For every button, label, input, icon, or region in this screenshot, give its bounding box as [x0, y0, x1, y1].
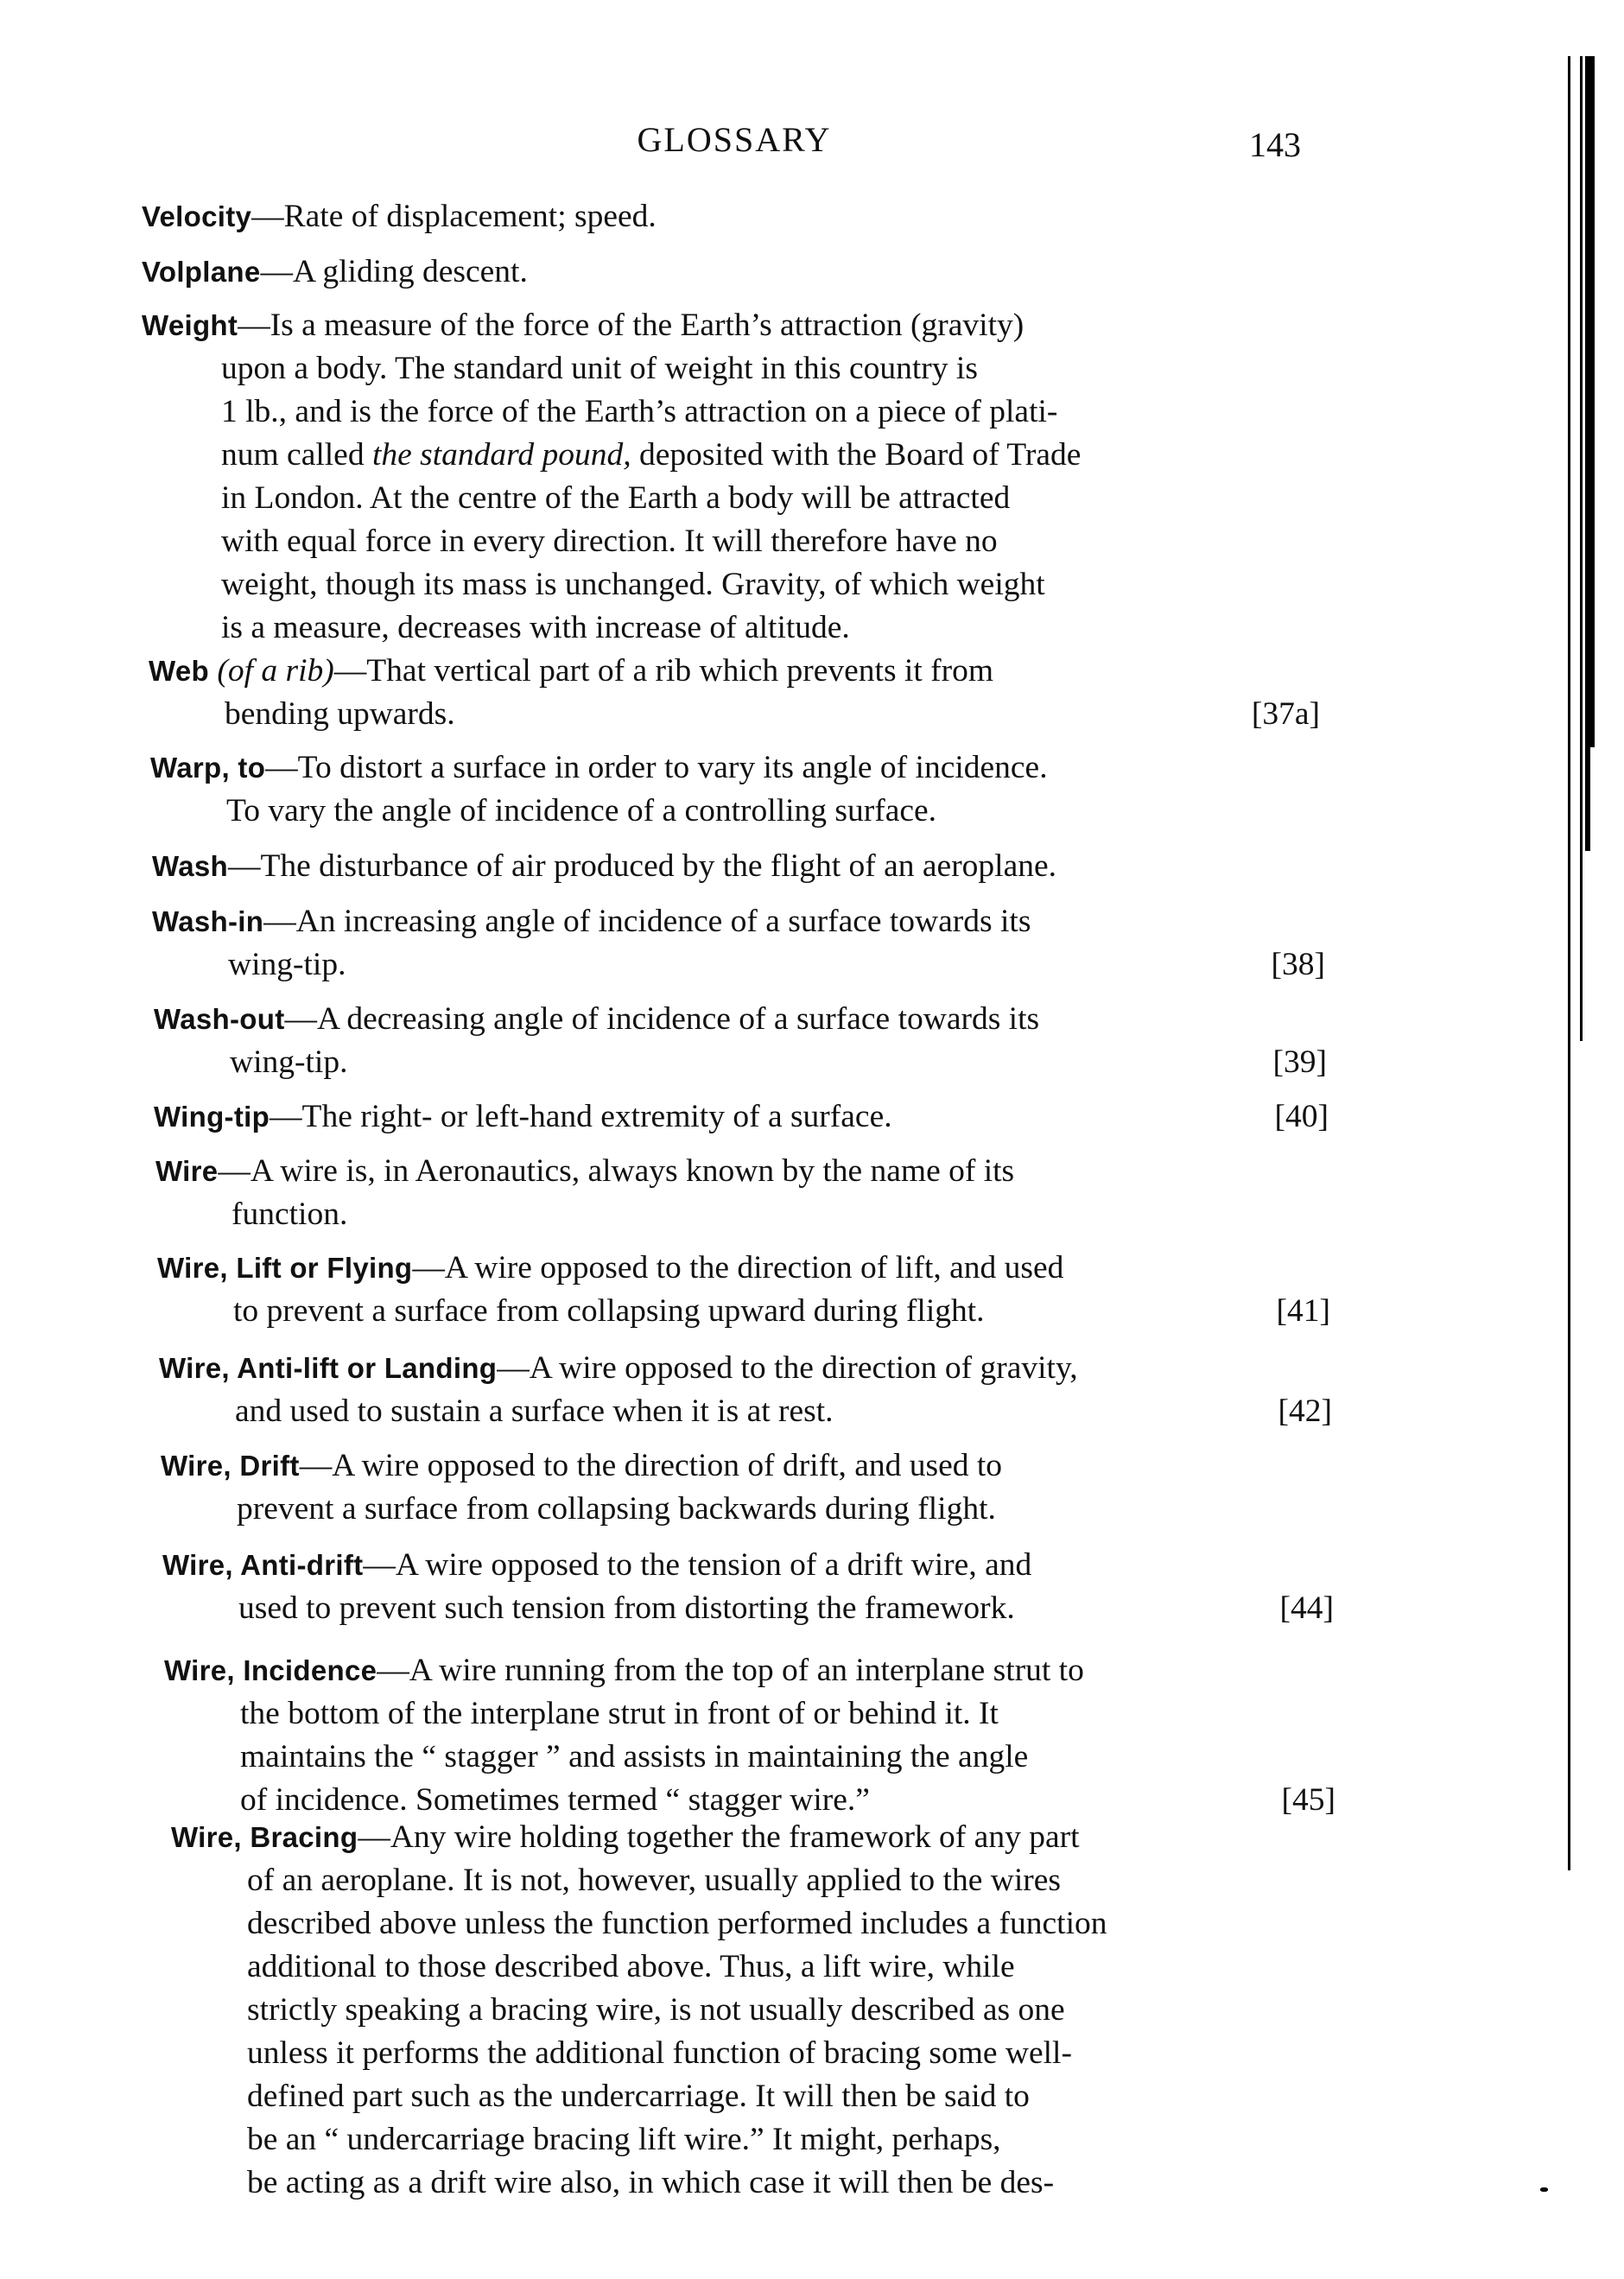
entry-definition: —A wire is, in Aeronautics, always known…: [218, 1153, 1014, 1189]
glossary-entry-wash-out: Wash-out—A decreasing angle of incidence…: [154, 998, 1327, 1084]
entry-text: used to prevent such tension from distor…: [238, 1590, 1015, 1626]
figure-reference: [37a]: [1252, 693, 1320, 736]
entry-continuation: of an aeroplane. It is not, however, usu…: [247, 1859, 1339, 1902]
entry-continuation: to prevent a surface from collapsing upw…: [233, 1290, 1330, 1333]
entry-continuation: defined part such as the undercarriage. …: [247, 2075, 1339, 2118]
glossary-entry-web: Web (of a rib)—That vertical part of a r…: [149, 650, 1320, 736]
entry-continuation: is a measure, decreases with increase of…: [221, 606, 1316, 650]
running-head: GLOSSARY 143: [0, 119, 1624, 162]
italic-phrase: the standard pound,: [372, 437, 631, 473]
page-title: GLOSSARY: [605, 119, 864, 160]
binding-edge-shadow: [1585, 747, 1590, 851]
entry-continuation: and used to sustain a surface when it is…: [235, 1390, 1332, 1433]
glossary-entry-weight: Weight—Is a measure of the force of the …: [142, 304, 1316, 650]
entry-term: Wire, Anti-lift or Landing: [159, 1352, 497, 1384]
entry-term: Wash: [152, 850, 228, 882]
entry-term: Wire, Drift: [161, 1450, 300, 1482]
binding-edge-line: [1580, 56, 1583, 1041]
entry-continuation: be an “ undercarriage bracing lift wire.…: [247, 2118, 1339, 2162]
entry-term: Wire, Incidence: [164, 1654, 377, 1686]
entry-text: wing-tip.: [230, 1044, 347, 1080]
entry-continuation: bending upwards.[37a]: [225, 693, 1320, 736]
entry-continuation: described above unless the function perf…: [247, 1902, 1339, 1946]
entry-continuation: be acting as a drift wire also, in which…: [247, 2162, 1339, 2205]
entry-term: Wire, Bracing: [171, 1821, 358, 1853]
entry-definition: —That vertical part of a rib which preve…: [334, 653, 993, 689]
glossary-entry-wire-incidence: Wire, Incidence—A wire running from the …: [164, 1649, 1335, 1822]
entry-term: Wire, Anti-drift: [162, 1549, 363, 1581]
entry-continuation: prevent a surface from collapsing backwa…: [237, 1488, 1332, 1531]
entry-continuation: strictly speaking a bracing wire, is not…: [247, 1989, 1339, 2032]
entry-definition: —A decreasing angle of incidence of a su…: [284, 1001, 1039, 1037]
glossary-entry-wire-bracing: Wire, Bracing—Any wire holding together …: [171, 1816, 1339, 2205]
entry-term: Wing-tip: [154, 1101, 270, 1133]
entry-term: Velocity: [142, 200, 251, 232]
entry-definition: —A gliding descent.: [260, 254, 527, 289]
figure-reference: [38]: [1272, 943, 1325, 987]
figure-reference: [41]: [1277, 1290, 1330, 1333]
figure-reference: [44]: [1280, 1587, 1334, 1630]
entry-continuation: 1 lb., and is the force of the Earth’s a…: [221, 390, 1316, 434]
glossary-entry-wire-anti-drift: Wire, Anti-drift—A wire opposed to the t…: [162, 1544, 1334, 1630]
entry-term: Warp, to: [150, 752, 265, 784]
binding-edge-line: [1568, 56, 1570, 1870]
scan-speck: [1540, 2187, 1548, 2192]
entry-continuation: unless it performs the additional functi…: [247, 2032, 1339, 2075]
entry-definition: —The right- or left-hand extremity of a …: [270, 1099, 892, 1134]
entry-continuation: additional to those described above. Thu…: [247, 1946, 1339, 1989]
page-number: 143: [1249, 124, 1301, 165]
entry-text: of incidence. Sometimes termed “ stagger…: [240, 1782, 870, 1818]
entry-term: Volplane: [142, 256, 260, 288]
binding-edge-shadow: [1585, 56, 1595, 747]
entry-definition: —Is a measure of the force of the Earth’…: [238, 308, 1024, 343]
entry-continuation: the bottom of the interplane strut in fr…: [240, 1692, 1335, 1736]
entry-continuation: weight, though its mass is unchanged. Gr…: [221, 563, 1316, 606]
entry-definition: —To distort a surface in order to vary i…: [265, 750, 1047, 785]
entry-text: and used to sustain a surface when it is…: [235, 1393, 834, 1429]
entry-text: deposited with the Board of Trade: [631, 437, 1082, 473]
entry-text: to prevent a surface from collapsing upw…: [233, 1293, 985, 1329]
figure-reference: [42]: [1278, 1390, 1332, 1433]
figure-reference: [40]: [1275, 1095, 1329, 1139]
glossary-entry-wash: Wash—The disturbance of air produced by …: [152, 845, 1323, 888]
entry-term: Weight: [142, 309, 238, 341]
entry-definition: —A wire opposed to the direction of drif…: [300, 1448, 1002, 1483]
entry-continuation: To vary the angle of incidence of a cont…: [226, 790, 1322, 833]
glossary-entry-wing-tip: Wing-tip—The right- or left-hand extremi…: [154, 1095, 1329, 1139]
entry-definition: —Rate of displacement; speed.: [251, 199, 657, 234]
entry-continuation: upon a body. The standard unit of weight…: [221, 347, 1316, 390]
glossary-entry-wash-in: Wash-in—An increasing angle of incidence…: [152, 900, 1325, 987]
entry-text: wing-tip.: [228, 947, 346, 982]
entry-continuation: used to prevent such tension from distor…: [238, 1587, 1334, 1630]
glossary-entry-wire-lift: Wire, Lift or Flying—A wire opposed to t…: [157, 1247, 1330, 1333]
entry-definition: —An increasing angle of incidence of a s…: [263, 904, 1031, 939]
glossary-entry-warp: Warp, to—To distort a surface in order t…: [150, 746, 1322, 833]
glossary-entry-wire-drift: Wire, Drift—A wire opposed to the direct…: [161, 1444, 1332, 1531]
entry-continuation: num called the standard pound, deposited…: [221, 434, 1316, 477]
entry-text: num called: [221, 437, 372, 473]
entry-definition: —A wire opposed to the direction of grav…: [497, 1350, 1077, 1386]
entry-text: bending upwards.: [225, 696, 455, 732]
glossary-entry-volplane: Volplane—A gliding descent.: [142, 251, 1316, 294]
entry-continuation: with equal force in every direction. It …: [221, 520, 1316, 563]
entry-definition: —A wire opposed to the tension of a drif…: [363, 1547, 1031, 1583]
entry-term: Wash-in: [152, 905, 263, 937]
entry-term: Wire, Lift or Flying: [157, 1252, 412, 1284]
entry-continuation: wing-tip.[38]: [228, 943, 1325, 987]
entry-definition: —The disturbance of air produced by the …: [228, 848, 1056, 884]
glossary-entry-wire-anti-lift: Wire, Anti-lift or Landing—A wire oppose…: [159, 1347, 1332, 1433]
entry-term: Wire: [155, 1155, 218, 1187]
entry-continuation: maintains the “ stagger ” and assists in…: [240, 1736, 1335, 1779]
entry-definition: —A wire running from the top of an inter…: [377, 1653, 1084, 1688]
figure-reference: [39]: [1273, 1041, 1327, 1084]
entry-term: Wash-out: [154, 1003, 284, 1035]
entry-continuation: wing-tip.[39]: [230, 1041, 1327, 1084]
glossary-entry-wire: Wire—A wire is, in Aeronautics, always k…: [155, 1150, 1329, 1236]
entry-definition: —Any wire holding together the framework…: [358, 1819, 1079, 1855]
entry-definition: —A wire opposed to the direction of lift…: [412, 1250, 1063, 1286]
entry-qualifier: (of a rib): [217, 653, 333, 689]
entry-continuation: function.: [232, 1193, 1329, 1236]
entry-term: Web: [149, 655, 209, 687]
glossary-entry-velocity: Velocity—Rate of displacement; speed.: [142, 195, 1316, 238]
entry-continuation: in London. At the centre of the Earth a …: [221, 477, 1316, 520]
